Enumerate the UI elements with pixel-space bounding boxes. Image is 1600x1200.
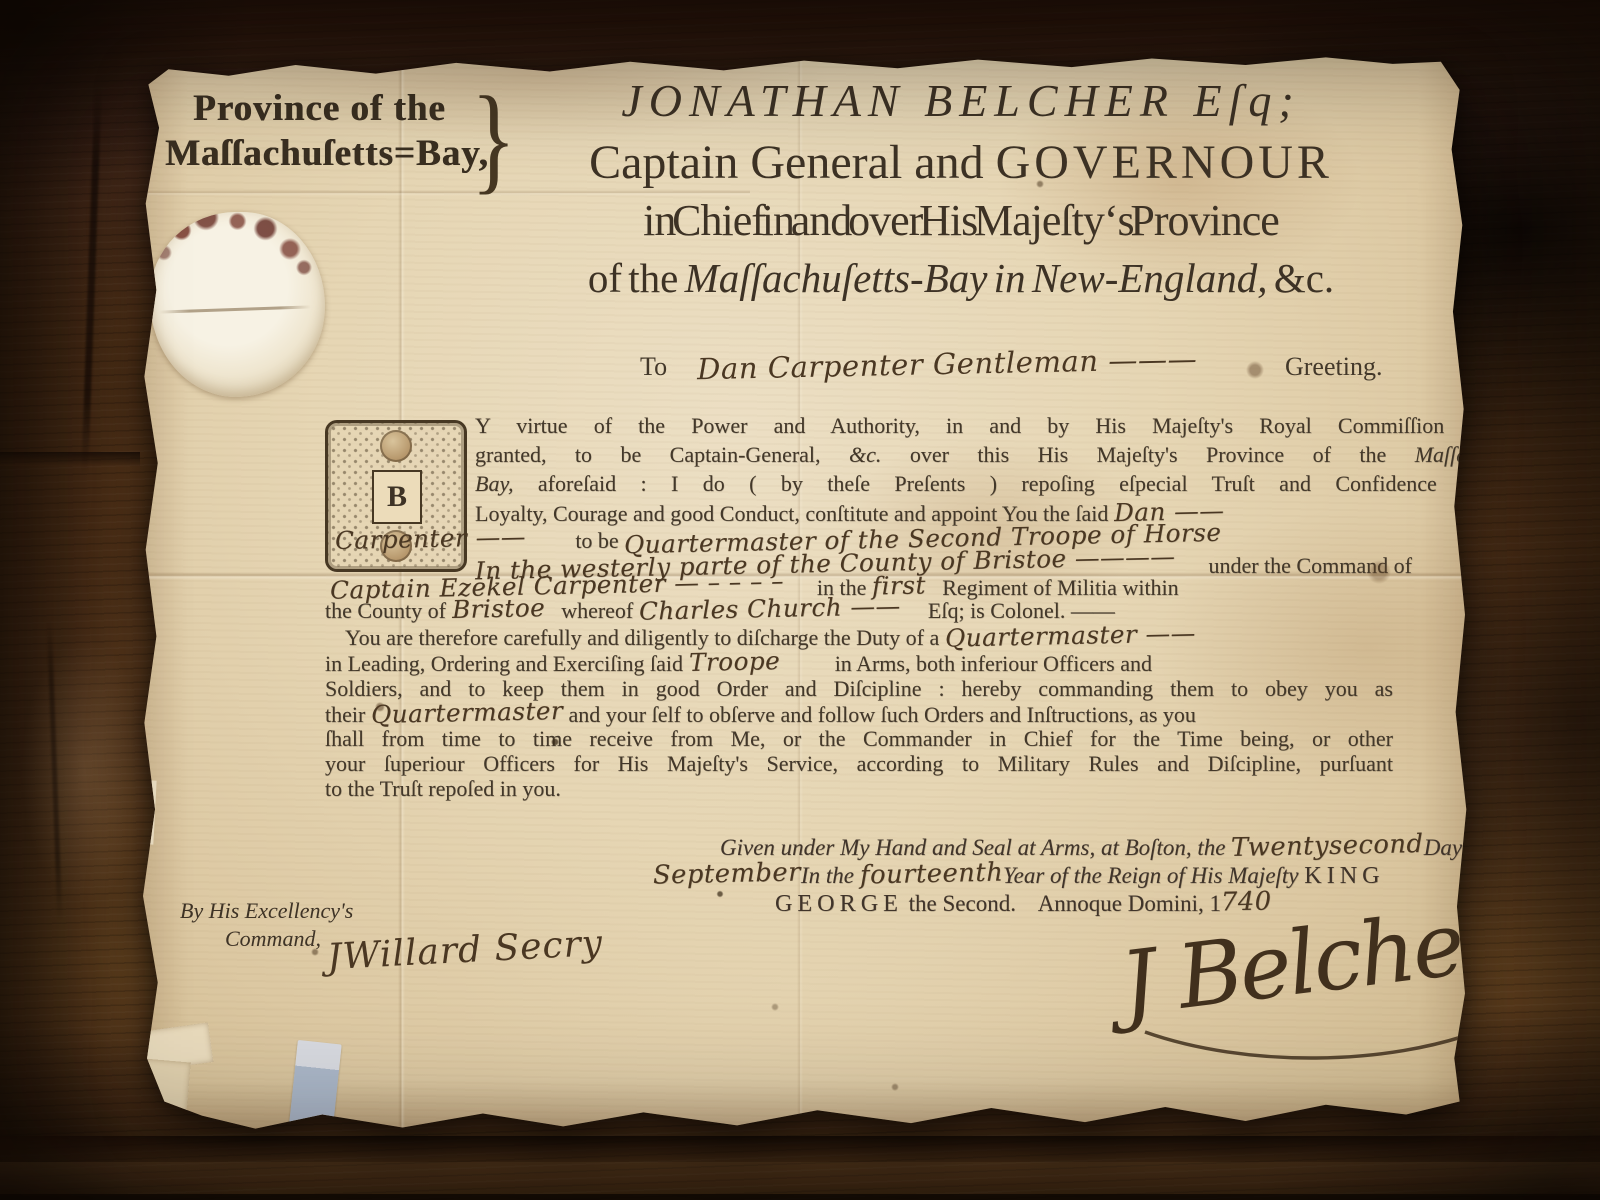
body-line: You are therefore carefully and diligent… [325, 623, 1413, 651]
body-line: Y virtue of the Power and Authority, in … [325, 412, 1543, 439]
handwritten-text: September [653, 859, 801, 889]
body-line: granted, to be Captain-General, &c. over… [325, 441, 1543, 468]
handwritten-text: Twentysecond [1231, 831, 1424, 862]
printed-text: In the [801, 863, 860, 888]
printed-text: their [325, 702, 371, 727]
printed-text: &c. [849, 442, 881, 467]
printed-text: to the Truſt repoſed in you. [325, 776, 561, 801]
tape-fragment [288, 1040, 341, 1136]
title-line-3: in Chief in and over His Majeſty‘s Provi… [455, 195, 1467, 246]
printed-text: in Arms, both inferiour Officers and [780, 651, 1152, 676]
plank-seam [0, 452, 140, 466]
printed-text: to be [526, 528, 624, 553]
title-line-4-post: &c. [1268, 255, 1335, 301]
title-line-4-italic: Maſſachuſetts-Bay in New-England, [685, 255, 1268, 301]
handwritten-text: Bristoe [451, 594, 545, 623]
printed-text: aforeſaid : I do ( by theſe Preſents ) r… [514, 471, 1544, 496]
printed-text: over this His Majeſty's Province of the [881, 442, 1414, 467]
dateline-line: GEORGE the Second. Annoque Domini, 1740 [775, 890, 1272, 917]
printed-text: the County of [325, 598, 452, 623]
printed-text: Eſq; is Colonel. —— [900, 598, 1115, 623]
wood-table-background: { "colors": { "paper": "#e6d6b4", "print… [0, 0, 1600, 1200]
title-line-2: Captain General and GOVERNOUR [455, 135, 1467, 190]
title-line-1: JONATHAN BELCHER Eſq; [455, 74, 1467, 127]
printed-text: Day of [1424, 835, 1486, 860]
salutation-line: To Dan Carpenter Gentleman ——— Greeting. [135, 348, 1470, 388]
handwritten-text: 740 [1221, 888, 1272, 916]
wood-crack [47, 620, 62, 920]
printed-text: granted, to be Captain-General, [475, 442, 849, 467]
printed-text: KING [1304, 862, 1384, 889]
printed-text: ſhall from time to time receive from Me,… [325, 726, 1393, 751]
printed-text: your ſuperiour Officers for His Majeſty'… [325, 751, 1393, 776]
title-line-4-pre: of the [588, 255, 685, 301]
handwritten-text: Charles Church —— [639, 592, 901, 624]
printed-text: the Second. Annoque Domini, 1 [903, 891, 1221, 916]
secretary-signature: JWillard Secry [326, 923, 604, 978]
plank-seam [0, 1136, 1600, 1162]
dateline-line: Given under My Hand and Seal at Arms, at… [720, 834, 1486, 861]
printed-text: Y virtue of the Power and Authority, in … [475, 413, 1543, 438]
commission-document: Province of the Maſſachuſetts=Bay, } JON… [135, 52, 1473, 1134]
printed-text: Bay, [475, 471, 514, 496]
printed-text: whereof [545, 598, 639, 623]
body-line: the County of Bristoe whereof Charles Ch… [325, 596, 1393, 624]
paper-flap [127, 779, 156, 844]
body-line: ſhall from time to time receive from Me,… [325, 725, 1393, 752]
handwritten-text: Carpenter —— [335, 523, 526, 554]
dateline-line: September In the fourteenth Year of the … [653, 862, 1385, 889]
province-heading-line2: Maſſachuſetts=Bay, [165, 131, 489, 176]
plank-bottom [0, 1162, 1600, 1196]
body-line: Bay, aforeſaid : I do ( by theſe Preſent… [325, 470, 1543, 497]
plank-seam [0, 1194, 1600, 1200]
to-label: To [640, 352, 667, 382]
printed-text: Maſſachuſetts- [1415, 442, 1543, 467]
wood-crack [81, 85, 102, 475]
printed-text: Given under My Hand and Seal at Arms, at… [720, 835, 1231, 860]
document-title: JONATHAN BELCHER Eſq; Captain General an… [455, 52, 1467, 302]
printed-text: and your ſelf to obſerve and follow ſuch… [563, 702, 1196, 727]
recipient-name: Dan Carpenter Gentleman ——— [697, 342, 1198, 386]
signature-flourish-icon [1137, 1014, 1517, 1070]
handwritten-text: Troope [688, 647, 780, 676]
body-line: their Quartermaster and your ſelf to obſ… [325, 700, 1393, 728]
body-line: your ſuperiour Officers for His Majeſty'… [325, 750, 1393, 777]
command-line1: By His Excellency's [180, 897, 353, 925]
parchment-paper: Province of the Maſſachuſetts=Bay, } JON… [135, 52, 1473, 1134]
printed-text: in Leading, Ordering and Exerciſing ſaid [325, 651, 689, 676]
handwritten-text: Quartermaster —— [944, 619, 1195, 651]
handwritten-text: fourteenth [859, 860, 1003, 890]
greeting-label: Greeting. [1285, 352, 1382, 382]
printed-text: You are therefore carefully and diligent… [345, 625, 945, 650]
title-line-4: of the Maſſachuſetts-Bay in New-England,… [455, 254, 1467, 302]
province-heading-line1: Province of the [165, 86, 489, 131]
title-line-2-caps: GOVERNOUR [996, 136, 1333, 189]
body-line: to the Truſt repoſed in you. [325, 775, 1393, 802]
province-heading: Province of the Maſſachuſetts=Bay, [165, 86, 489, 176]
title-line-2-pre: Captain General and [589, 136, 996, 189]
printed-text: Year of the Reign of His Majeſty [1003, 863, 1304, 888]
handwritten-text: Quartermaster [371, 697, 564, 728]
printed-text: GEORGE [775, 890, 903, 917]
body-line: in Leading, Ordering and Exerciſing ſaid… [325, 649, 1393, 677]
